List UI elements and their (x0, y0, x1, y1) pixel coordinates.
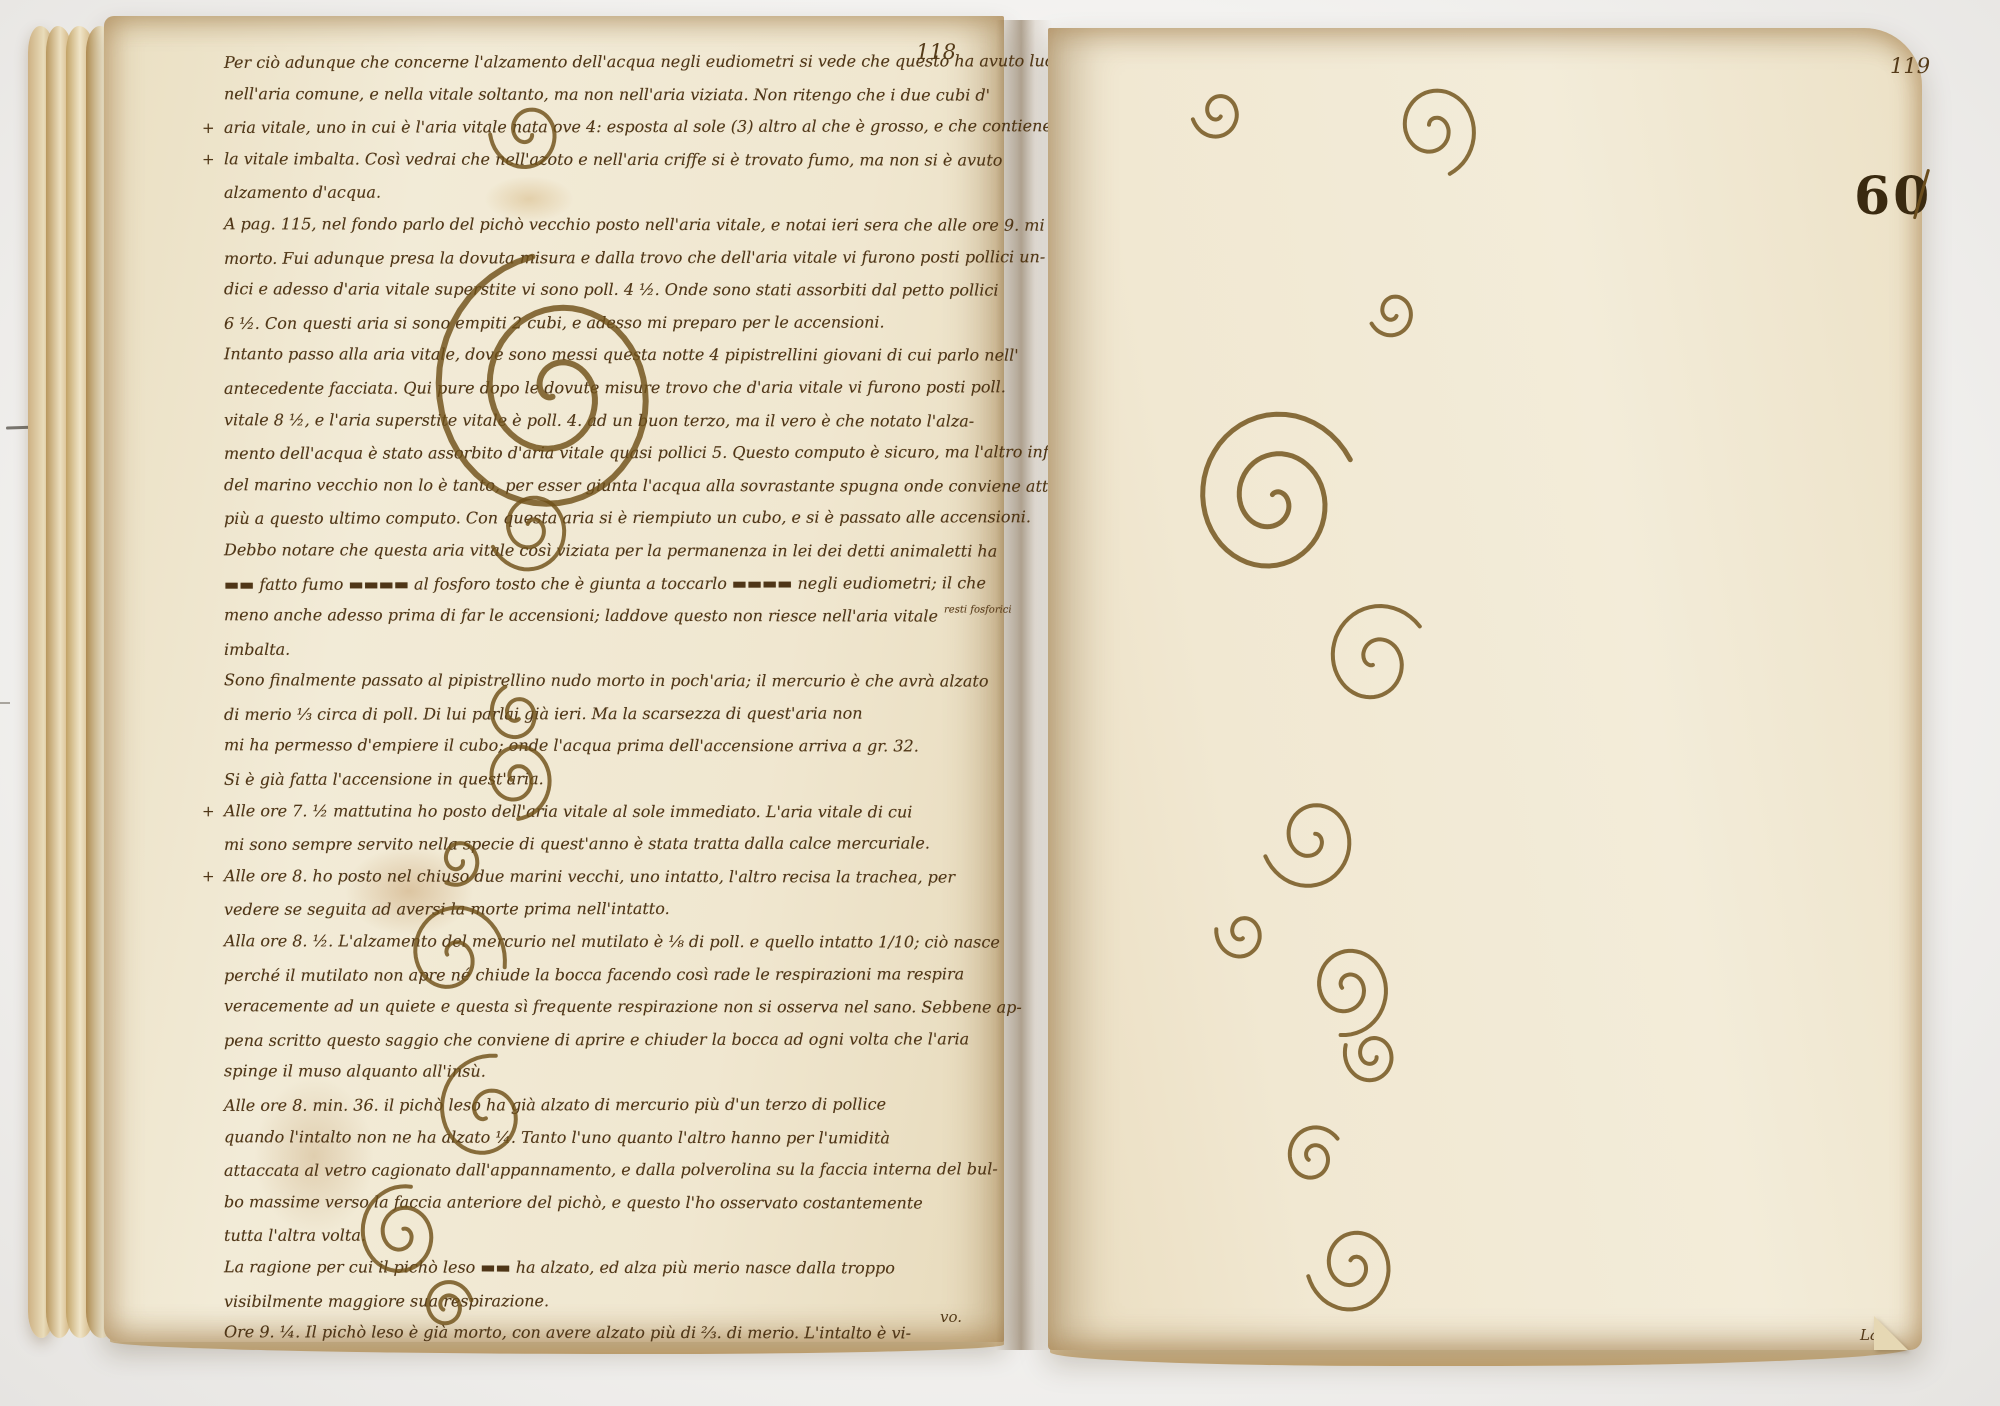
handwritten-text: mi sono sempre servito nella specie di q… (224, 834, 930, 854)
manuscript-line: +Alle ore 8. ho posto nel chiuso due mar… (224, 860, 1100, 894)
handwritten-text: ▬▬ fatto fumo ▬▬▬▬ al fosforo tosto che … (224, 573, 986, 594)
right-page: vivo respira celeramente, ma somiglia e … (1048, 28, 1922, 1350)
manuscript-line: nell'aria comune, e nella vitale soltant… (224, 78, 1100, 112)
manuscript-line: mi ha permesso d'empiere il cubo; onde l… (224, 730, 1100, 764)
manuscript-line: mi sono sempre servito nella specie di q… (224, 827, 1100, 861)
handwritten-text: Sono finalmente passato al pipistrellino… (224, 671, 989, 691)
margin-cross-mark: + (202, 795, 215, 828)
handwritten-text: 6 ½. Con questi aria si sono empiti 2 cu… (224, 312, 885, 332)
manuscript-line: mento dell'acqua è stato assorbito d'ari… (224, 436, 1100, 470)
handwritten-text: pena scritto questo saggio che conviene … (224, 1029, 969, 1050)
handwritten-text: veracemente ad un quiete e questa sì fre… (224, 996, 1022, 1016)
handwritten-text: visibilmente maggiore sua respirazione. (224, 1291, 549, 1311)
manuscript-line: dici e adesso d'aria vitale superstite v… (224, 273, 1100, 307)
left-page: Per ciò adunque che concerne l'alzamento… (104, 16, 1004, 1342)
manuscript-line: imbalta. (224, 632, 1100, 666)
handwritten-text: alzamento d'acqua. (224, 183, 381, 202)
manuscript-line: Sono finalmente passato al pipistrellino… (224, 665, 1100, 699)
manuscript-line: veracemente ad un quiete e questa sì fre… (224, 990, 1100, 1024)
photograph: Per ciò adunque che concerne l'alzamento… (0, 0, 2000, 1406)
handwritten-text: dici e adesso d'aria vitale superstite v… (224, 279, 999, 299)
manuscript-line: vedere se seguita ad aversi la morte pri… (224, 893, 1100, 927)
manuscript-book: Per ciò adunque che concerne l'alzamento… (0, 0, 2000, 1406)
handwritten-text: perché il mutilato non apre né chiude la… (224, 964, 964, 985)
manuscript-line: di merio ⅓ circa di poll. Di lui parlai … (224, 697, 1100, 731)
manuscript-line: +Alle ore 7. ½ mattutina ho posto dell'a… (224, 795, 1100, 829)
manuscript-line: La ragione per cui il pichò leso ▬▬ ha a… (224, 1251, 1100, 1285)
page-number-left: 118 (916, 40, 956, 64)
manuscript-line: più a questo ultimo computo. Con questa … (224, 501, 1100, 535)
handwritten-text: La ragione per cui il pichò leso ▬▬ ha a… (224, 1257, 895, 1277)
manuscript-line: Per ciò adunque che concerne l'alzamento… (224, 45, 1100, 79)
manuscript-line: Si è già fatta l'accensione in quest'ari… (224, 762, 1100, 796)
handwritten-text: vitale 8 ½, e l'aria superstite vitale è… (224, 410, 974, 430)
handwritten-text: quando l'intalto non ne ha alzato ¼. Tan… (224, 1127, 890, 1147)
manuscript-line: Alla ore 8. ½. L'alzamento del mercurio … (224, 925, 1100, 959)
margin-cross-mark: + (202, 143, 215, 176)
manuscript-line: Ore 9. ¼. Il pichò leso è già morto, con… (224, 1316, 1100, 1350)
manuscript-line: antecedente facciata. Qui pure dopo le d… (224, 371, 1100, 405)
handwritten-text: mi ha permesso d'empiere il cubo; onde l… (224, 736, 919, 756)
handwritten-text: Si è già fatta l'accensione in quest'ari… (224, 769, 544, 789)
manuscript-line: +aria vitale, uno in cui è l'aria vitale… (224, 110, 1100, 144)
manuscript-line: A pag. 115, nel fondo parlo del pichò ve… (224, 208, 1100, 242)
manuscript-line: tutta l'altra volta. (224, 1218, 1100, 1252)
handwritten-text: A pag. 115, nel fondo parlo del pichò ve… (224, 214, 1105, 235)
handwritten-text: Alla ore 8. ½. L'alzamento del mercurio … (224, 931, 1000, 951)
catchword-left: vo. (940, 1308, 962, 1326)
left-page-text: Per ciò adunque che concerne l'alzamento… (224, 46, 1100, 1350)
margin-cross-mark: + (202, 860, 215, 893)
handwritten-text: più a questo ultimo computo. Con questa … (224, 508, 1031, 529)
handwritten-text: di merio ⅓ circa di poll. Di lui parlai … (224, 703, 863, 723)
manuscript-line: meno anche adesso prima di far le accens… (224, 599, 1100, 633)
handwritten-text: aria vitale, uno in cui è l'aria vitale … (224, 116, 1052, 137)
manuscript-line: perché il mutilato non apre né chiude la… (224, 958, 1100, 992)
handwritten-text: bo massime verso la faccia anteriore del… (224, 1192, 923, 1212)
handwritten-text: imbalta. (224, 639, 290, 658)
manuscript-line: morto. Fui adunque presa la dovuta misur… (224, 241, 1100, 275)
manuscript-line: attaccata al vetro cagionato dall'appann… (224, 1153, 1100, 1187)
handwritten-text: morto. Fui adunque presa la dovuta misur… (224, 247, 1045, 268)
manuscript-line: vitale 8 ½, e l'aria superstite vitale è… (224, 404, 1100, 438)
margin-cross-mark: + (202, 112, 215, 145)
manuscript-line: del marino vecchio non lo è tanto, per e… (224, 469, 1100, 503)
manuscript-line: Debbo notare che questa aria vitale così… (224, 534, 1100, 568)
manuscript-line: spinge il muso alquanto all'insù. (224, 1056, 1100, 1090)
manuscript-line: bo massime verso la faccia anteriore del… (224, 1186, 1100, 1220)
handwritten-text: Debbo notare che questa aria vitale così… (224, 540, 997, 560)
handwritten-text: vedere se seguita ad aversi la morte pri… (224, 899, 670, 919)
handwritten-text: meno anche adesso prima di far le accens… (224, 605, 938, 625)
manuscript-line: visibilmente maggiore sua respirazione. (224, 1284, 1100, 1318)
handwritten-text: Alle ore 7. ½ mattutina ho posto dell'ar… (224, 801, 912, 821)
manuscript-line: +la vitale imbalta. Così vedrai che nell… (224, 143, 1100, 177)
handwritten-text: attaccata al vetro cagionato dall'appann… (224, 1159, 998, 1180)
handwritten-text: la vitale imbalta. Così vedrai che nell'… (224, 149, 1002, 169)
page-number-right: 119 (1890, 54, 1930, 78)
manuscript-line: Alle ore 8. min. 36. il pichò leso ha gi… (224, 1088, 1100, 1122)
dog-ear-corner (1874, 1316, 1908, 1350)
manuscript-line: pena scritto questo saggio che conviene … (224, 1023, 1100, 1057)
handwritten-text: Alle ore 8. min. 36. il pichò leso ha gi… (224, 1095, 886, 1115)
handwritten-text: Intanto passo alla aria vitale, dove son… (224, 345, 1019, 365)
page-stack-edges (28, 26, 112, 1338)
handwritten-text: nell'aria comune, e nella vitale soltant… (224, 84, 990, 104)
handwritten-text: mento dell'acqua è stato assorbito d'ari… (224, 442, 1098, 463)
handwritten-text: spinge il muso alquanto all'insù. (224, 1062, 486, 1081)
manuscript-line: quando l'intalto non ne ha alzato ¼. Tan… (224, 1121, 1100, 1155)
handwritten-text: Ore 9. ¼. Il pichò leso è già morto, con… (224, 1322, 911, 1342)
manuscript-line: Intanto passo alla aria vitale, dove son… (224, 339, 1100, 373)
handwritten-text: Alle ore 8. ho posto nel chiuso due mari… (224, 866, 955, 886)
book-gutter (996, 20, 1052, 1350)
handwritten-text: antecedente facciata. Qui pure dopo le d… (224, 377, 1006, 398)
manuscript-line: alzamento d'acqua. (224, 175, 1100, 209)
handwritten-text: tutta l'altra volta. (224, 1226, 366, 1245)
handwritten-text: del marino vecchio non lo è tanto, per e… (224, 475, 1106, 496)
manuscript-line: 6 ½. Con questi aria si sono empiti 2 cu… (224, 306, 1100, 340)
